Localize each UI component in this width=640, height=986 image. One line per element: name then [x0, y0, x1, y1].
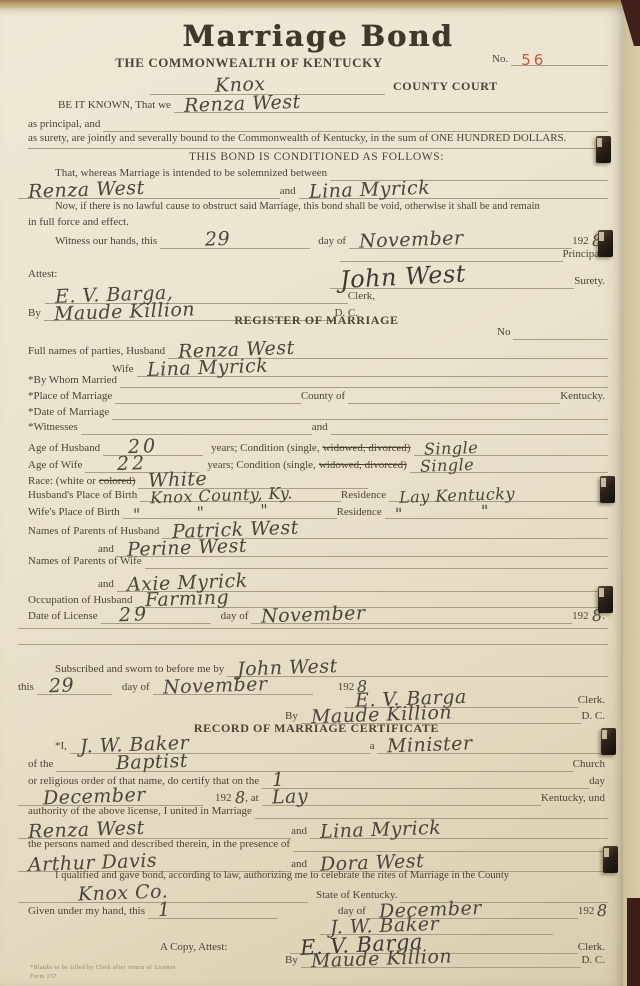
given-year-digit-hw: 8 [597, 902, 608, 921]
commonwealth-row: THE COMMONWEALTH OF KENTUCKY [28, 56, 473, 72]
sworn-day-of-label: day of [112, 681, 153, 695]
parents-wife-label: Names of Parents of Wife [28, 555, 145, 569]
license-label: Date of License [28, 610, 101, 624]
paper-clasp [598, 586, 613, 613]
and-label: and [280, 185, 299, 199]
witness-hands-row: Witness our hands, this 29 day of Novemb… [55, 230, 608, 249]
cert-date-row: December 192 8 , at Lay Kentucky, und [18, 787, 608, 806]
authority-row: authority of the above license, I united… [28, 805, 608, 819]
given-year-printed: 192 [578, 905, 598, 919]
as-surety-label: as surety, are jointly and severally bou… [28, 132, 569, 146]
lawful-line1-row: Now, if there is no lawful cause to obst… [55, 201, 608, 214]
license-row: Date of License 29 day of November 192 8… [28, 605, 608, 624]
commonwealth-heading: THE COMMONWEALTH OF KENTUCKY [115, 56, 386, 72]
footnote-line2: Form 157 [30, 974, 57, 981]
county-court-row: Knox COUNTY COURT [150, 76, 608, 95]
parents-husband-label: Names of Parents of Husband [28, 525, 162, 539]
couple-row: Renza West and Lina Myrick [18, 180, 608, 199]
sworn-month-hw: November [152, 674, 267, 700]
full-names-row: Full names of parties, Husband Renza Wes… [28, 340, 608, 359]
blank-rule-row [18, 628, 608, 629]
cert-and-label: and [291, 825, 310, 839]
county-of-label: County of [301, 390, 348, 404]
license-day-of-label: day of [211, 610, 252, 624]
witness-day-hw: 29 [160, 229, 231, 253]
given-label: Given under my hand, this [28, 905, 148, 919]
as-surety-row: as surety, are jointly and severally bou… [28, 132, 608, 149]
footnote-line1: *Blanks to be filled by Clerk after retu… [30, 965, 176, 972]
photo-background-bottom-right [627, 898, 640, 986]
by-whom-married-label: *By Whom Married [28, 374, 120, 388]
sworn-row: Subscribed and sworn to before me by Joh… [55, 658, 608, 677]
principal-line-row: Principal. [340, 248, 608, 262]
lawful-line1: Now, if there is no lawful cause to obst… [55, 201, 543, 214]
principal-name-hw: Renza West [174, 92, 301, 118]
be-it-known-row: BE IT KNOWN, That we Renza West [58, 94, 608, 113]
conditioned-row: THIS BOND IS CONDITIONED AS FOLLOWS: [28, 151, 608, 165]
paper-clasp [596, 136, 611, 163]
place-of-marriage-label: *Place of Marriage [28, 390, 115, 404]
place-of-marriage-row: *Place of Marriage County of Kentucky. [28, 390, 608, 404]
year-printed: 192 [572, 235, 592, 249]
i-label: *I, [55, 740, 70, 754]
license-month-hw: November [251, 603, 366, 629]
kentucky-und-label: Kentucky, und [541, 792, 608, 806]
presence-row: the persons named and described therein,… [28, 838, 608, 852]
lawful-line2: in full force and effect. [28, 216, 132, 230]
marriage-bond-document: Marriage Bond THE COMMONWEALTH OF KENTUC… [0, 8, 623, 986]
bond-number-row: No. 56 [492, 52, 608, 66]
attest-row: Attest: [28, 268, 608, 282]
bond-number-label: No. [492, 53, 511, 67]
be-it-known-label: BE IT KNOWN, That we [58, 99, 174, 113]
residence-label-2: Residence [337, 506, 385, 520]
husband-birth-label: Husband's Place of Birth [28, 489, 140, 503]
conditioned-heading: THIS BOND IS CONDITIONED AS FOLLOWS: [189, 151, 447, 165]
license-day-hw: 29 [100, 604, 149, 628]
date-of-marriage-row: *Date of Marriage [28, 406, 608, 420]
by-whom-married-row: *By Whom Married [28, 374, 608, 388]
register-no-row: No [497, 326, 608, 340]
wife-birth-row: Wife's Place of Birth " " " Residence " … [28, 504, 608, 519]
county-court-label: COUNTY COURT [385, 80, 501, 95]
paper-clasp [600, 476, 615, 503]
as-principal-label: as principal, and [28, 118, 103, 132]
copy-attest-label: A Copy, Attest: [160, 941, 230, 955]
register-no-label: No [497, 326, 513, 340]
kentucky-label: Kentucky. [560, 390, 608, 404]
form-title-row: Marriage Bond [28, 20, 608, 53]
witnesses-row: *Witnesses and [28, 421, 608, 435]
sworn-day-hw: 29 [37, 675, 75, 698]
underlying-page-edge [620, 0, 640, 986]
parents-wife-row: Names of Parents of Wife [28, 555, 608, 569]
cert-year-printed: 192 [203, 792, 235, 806]
paper-clasp [601, 728, 616, 755]
footnote-row-2: Form 157 [30, 974, 608, 981]
bond-number-value: 56 [511, 52, 546, 69]
wife-birth-label: Wife's Place of Birth [28, 506, 123, 520]
day-of-label: day of [310, 235, 349, 249]
register-heading: REGISTER OF MARRIAGE [234, 314, 401, 329]
full-names-label: Full names of parties, Husband [28, 345, 168, 359]
blank-rule-row [18, 644, 608, 645]
paper-clasp [598, 230, 613, 257]
presence-label: the persons named and described therein,… [28, 838, 293, 852]
license-year-printed: 192 [572, 610, 592, 624]
witnesses-and-label: and [312, 421, 331, 435]
witnesses-label: *Witnesses [28, 421, 81, 435]
this-label: this [18, 681, 37, 695]
parents-husband-row: Names of Parents of Husband Patrick West [28, 520, 608, 539]
given-day-hw: 1 [148, 900, 171, 923]
date-of-marriage-label: *Date of Marriage [28, 406, 112, 420]
cert-couple-row: Renza West and Lina Myrick [18, 820, 608, 839]
paper-clasp [603, 846, 618, 873]
residence-label: Residence [341, 489, 389, 503]
footnote-row-1: *Blanks to be filled by Clerk after retu… [30, 965, 608, 972]
at-label: , at [245, 792, 261, 806]
attest-label: Attest: [28, 268, 60, 282]
witness-hands-label: Witness our hands, this [55, 235, 160, 249]
lawful-line2-row: in full force and effect. [28, 216, 608, 230]
as-principal-row: as principal, and [28, 118, 608, 132]
husband-birth-row: Husband's Place of Birth Knox County, Ky… [28, 487, 608, 502]
form-title: Marriage Bond [182, 20, 453, 53]
